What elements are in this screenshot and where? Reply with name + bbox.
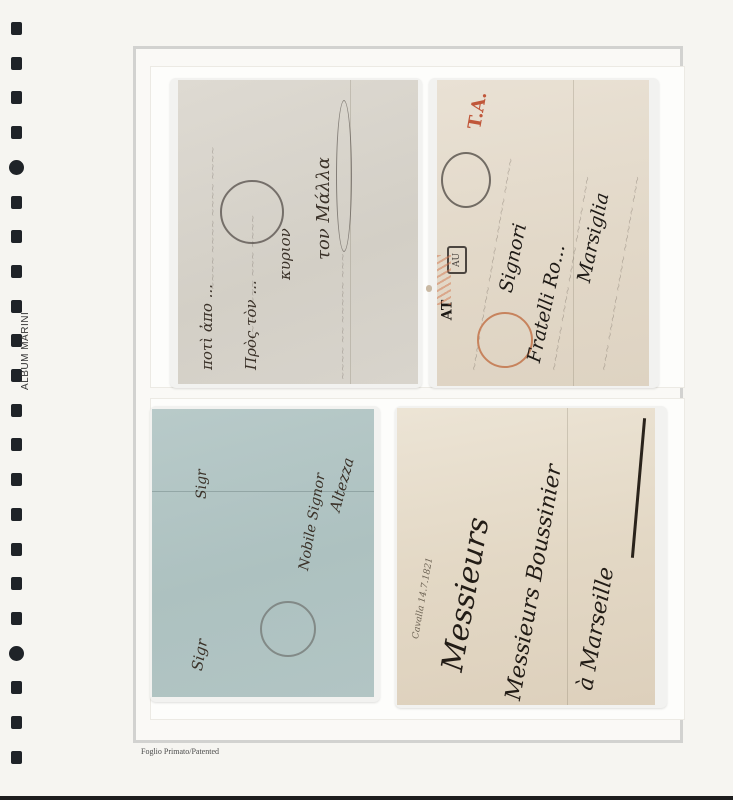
binder-hole: [11, 91, 22, 104]
binder-hole: [11, 473, 22, 486]
postmark: [441, 152, 491, 208]
red-marking: T.A.: [464, 90, 491, 131]
handwriting-line: Nobile Signor: [296, 472, 329, 572]
binder-hole: [11, 543, 22, 556]
postmark: [260, 601, 316, 657]
cover-2[interactable]: ~~~~ ~~~~~ ~~~~ ~~~~~ ~~~~ ~~~~~ ~~~~ ~~…: [437, 80, 649, 386]
mount-dot: [426, 286, 432, 292]
cover-1[interactable]: ~~~~ ~~~~ ~~~~ ~~~~ ~~~ ~~~~~ ~~~ ~~~~ ~…: [178, 80, 418, 384]
handwriting-line: Sigr: [194, 469, 210, 499]
binder-hole: [11, 681, 22, 694]
postmark: [220, 180, 284, 244]
binder-ring-hole: [9, 646, 24, 661]
handwriting-line: Πρὸς τὸν ...: [242, 280, 260, 370]
red-strike-marks: [437, 255, 451, 305]
binder-hole: [11, 22, 22, 35]
handwriting-line: à Marseille: [573, 565, 619, 692]
fold-line: [567, 408, 568, 705]
album-spine-label: ALBUM MARINI: [20, 312, 31, 390]
handwriting-line: Messieurs: [435, 515, 497, 674]
binder-hole: [11, 438, 22, 451]
binder-hole: [11, 404, 22, 417]
handwriting-line: Sigr: [188, 638, 211, 673]
binder-hole: [11, 300, 22, 313]
handwriting-line: Messieurs Boussinier: [501, 463, 567, 703]
fold-line: [350, 80, 351, 384]
binder-hole: [11, 126, 22, 139]
handwriting-line: Altezza: [326, 456, 358, 514]
binder-hole: [11, 751, 22, 764]
handwriting-line: ποτὶ ἀπο ...: [198, 284, 216, 370]
underline-stroke: [631, 418, 646, 558]
binder-hole: [11, 716, 22, 729]
docket-note: Cavalla 14.7.1821: [411, 557, 435, 640]
flourish: [336, 100, 352, 252]
footer-note: Foglio Primato/Patented: [141, 747, 219, 756]
handwriting-line: κυριον: [276, 228, 294, 280]
binder-hole: [11, 265, 22, 278]
binder-hole: [11, 196, 22, 209]
page-bottom-edge: [0, 796, 733, 800]
binder-hole: [11, 57, 22, 70]
binder-hole: [11, 508, 22, 521]
cover-4[interactable]: Cavalla 14.7.1821 Messieurs Messieurs Bo…: [397, 408, 655, 705]
binder-hole: [11, 230, 22, 243]
binder-ring-hole: [9, 160, 24, 175]
cover-3[interactable]: Sigr Nobile Signor Altezza Sigr: [152, 409, 374, 697]
handwriting-addressee: τον Μάλλα: [313, 157, 334, 260]
binder-hole: [11, 577, 22, 590]
binder-hole: [11, 612, 22, 625]
